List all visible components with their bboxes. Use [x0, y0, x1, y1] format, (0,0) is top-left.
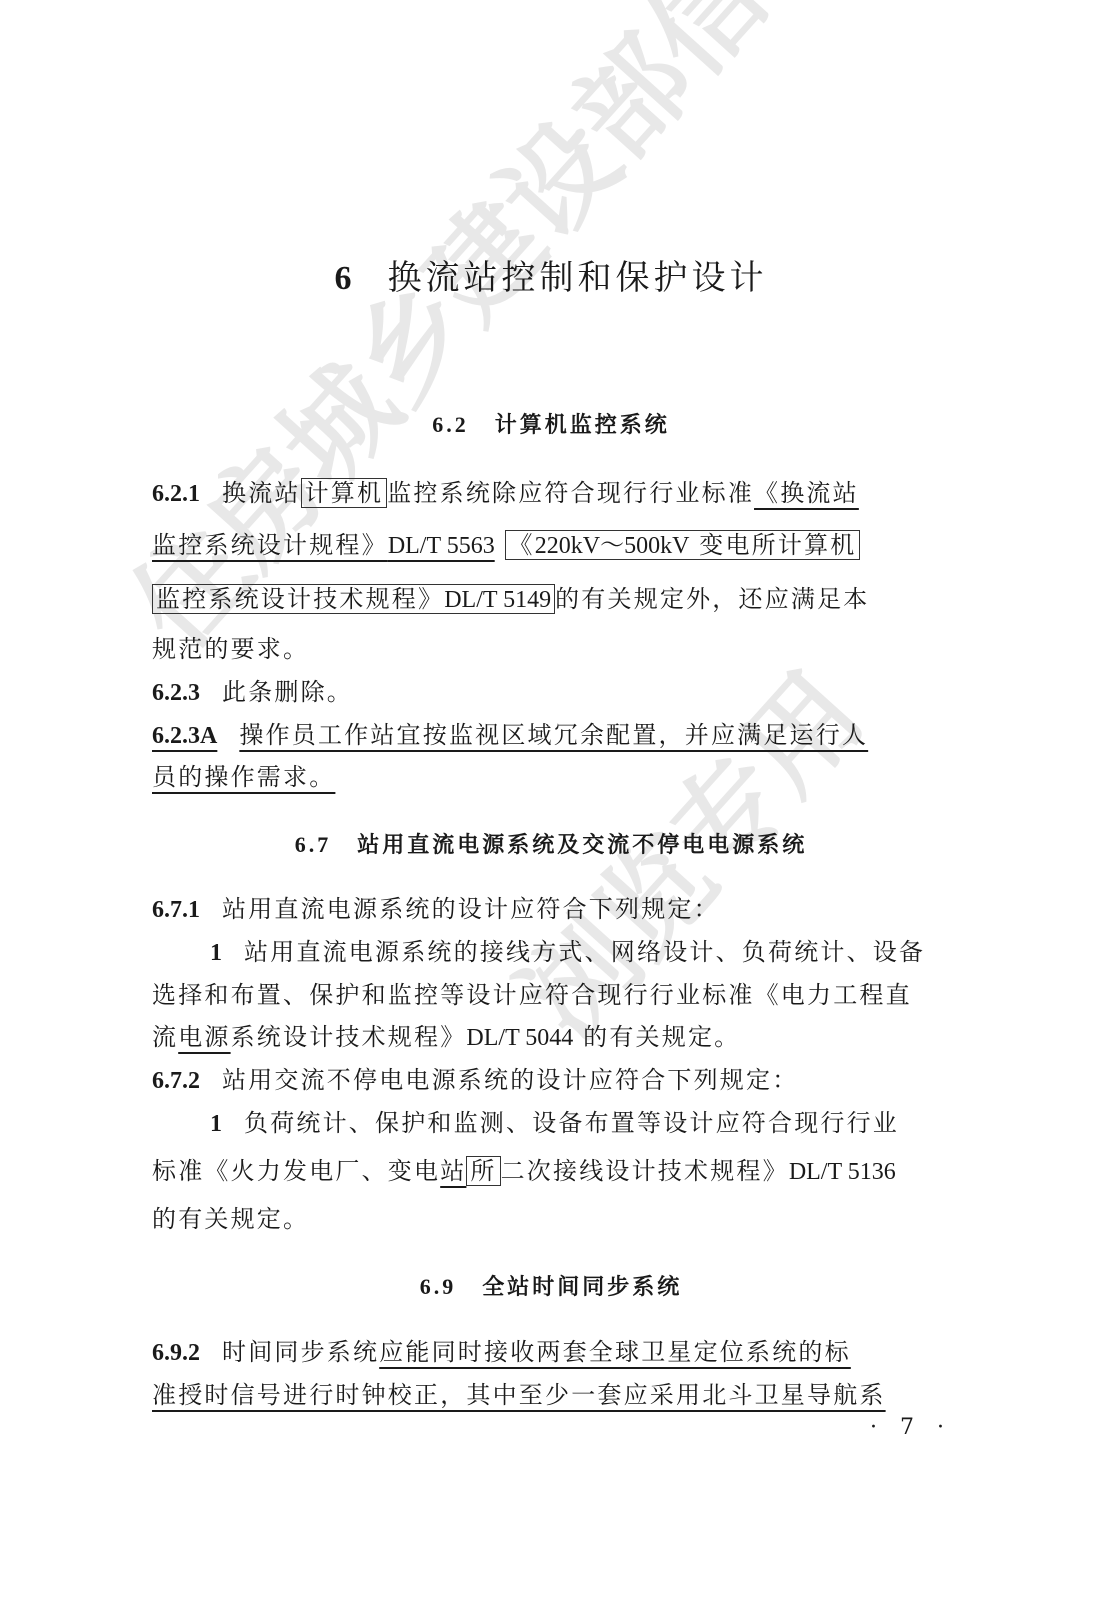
clause-6-9-2-line1: 6.9.2时间同步系统应能同时接收两套全球卫星定位系统的标 [152, 1337, 950, 1368]
clause-6-2-1-line1: 6.2.1换流站计算机监控系统除应符合现行行业标准《换流站 [152, 478, 950, 509]
underlined-text: 《换流站 [754, 479, 859, 507]
text: 站用直流电源系统的接线方式、网络设计、负荷统计、设备 [244, 938, 925, 966]
clause-6-7-2: 6.7.2站用交流不停电电源系统的设计应符合下列规定： [152, 1065, 950, 1096]
text: 负荷统计、保护和监测、设备布置等设计应符合现行行业 [244, 1109, 899, 1137]
text: 的有关规定。 [583, 1023, 740, 1051]
clause-number: 6.7.2 [152, 1068, 200, 1094]
text: 时间同步系统 [222, 1338, 379, 1366]
text: 二次接线设计技术规程》 [501, 1157, 789, 1185]
section-number: 6.9 [420, 1274, 457, 1299]
clause-6-2-3a-line2: 员的操作需求。 [152, 762, 950, 792]
section-heading-6-2: 6.2计算机监控系统 [0, 408, 1102, 439]
clause-6-7-1-item1-line2: 选择和布置、保护和监控等设计应符合现行行业标准《电力工程直 [152, 980, 950, 1010]
section-title: 站用直流电源系统及交流不停电电源系统 [357, 833, 807, 858]
boxed-text: 所 [466, 1156, 500, 1186]
text: 此条删除。 [222, 678, 353, 706]
page-number: · 7 · [870, 1415, 952, 1440]
underlined-text: 电源 [178, 1023, 230, 1051]
clause-6-7-2-item1-line2: 标准《火力发电厂、变电站所二次接线设计技术规程》DL/T 5136 [152, 1156, 950, 1187]
section-number: 6.2 [432, 412, 469, 437]
clause-6-2-3a-line1: 6.2.3A操作员工作站宜按监视区域冗余配置，并应满足运行人 [152, 720, 950, 751]
section-heading-6-7: 6.7站用直流电源系统及交流不停电电源系统 [0, 828, 1102, 859]
clause-number: 6.2.1 [152, 481, 200, 507]
text: 监控系统除应符合现行行业标准 [387, 479, 754, 507]
clause-6-2-1-line3: 监控系统设计技术规程》DL/T 5149的有关规定外，还应满足本 [152, 584, 950, 615]
document-page: 住房城乡建设部信息公开 浏览专用 6换流站控制和保护设计 6.2计算机监控系统 … [0, 0, 1102, 1598]
underlined-text: 应能同时接收两套全球卫星定位系统的标 [379, 1338, 851, 1366]
clause-6-7-1-item1-line3: 流电源系统设计技术规程》DL/T 5044 的有关规定。 [152, 1022, 950, 1053]
boxed-text: 220kV～500kV [535, 533, 690, 559]
clause-6-2-1-line4: 规范的要求。 [152, 634, 950, 664]
clause-6-7-1-item1-line1: 1站用直流电源系统的接线方式、网络设计、负荷统计、设备 [152, 937, 950, 968]
section-title: 全站时间同步系统 [482, 1275, 682, 1300]
underlined-text: DL/T 5563 [388, 533, 495, 559]
clause-6-7-1: 6.7.1站用直流电源系统的设计应符合下列规定： [152, 894, 950, 925]
text: 流 [152, 1023, 178, 1051]
section-number: 6.7 [295, 832, 332, 857]
clause-number: 6.2.3 [152, 680, 200, 706]
boxed-text: 监控系统设计技术规程》 [156, 585, 444, 613]
boxed-text: 《 [509, 531, 535, 559]
text: 标准《火力发电厂、变电 [152, 1157, 440, 1185]
clause-6-9-2-line2: 准授时信号进行时钟校正，其中至少一套应采用北斗卫星导航系 [152, 1380, 950, 1410]
text: 的有关规定外，还应满足本 [555, 585, 869, 613]
underlined-text: 准授时信号进行时钟校正，其中至少一套应采用北斗卫星导航系 [152, 1381, 886, 1409]
underlined-text: 监控系统设计规程》 [152, 531, 388, 559]
text: 换流站 [222, 479, 301, 507]
clause-6-7-2-item1-line3: 的有关规定。 [152, 1204, 950, 1234]
chapter-number: 6 [335, 260, 356, 297]
text: 站用交流不停电电源系统的设计应符合下列规定： [222, 1066, 798, 1094]
boxed-text: 变电所计算机 [699, 531, 856, 559]
clause-number: 6.2.3A [152, 723, 217, 749]
watermark-line1: 住房城乡建设部信息公开 [90, 0, 1017, 676]
underlined-text: 员的操作需求。 [152, 763, 335, 791]
chapter-heading: 6换流站控制和保护设计 [0, 250, 1102, 299]
underlined-text: 站 [440, 1157, 466, 1185]
text: 系统设计技术规程》 [231, 1023, 467, 1051]
section-heading-6-9: 6.9全站时间同步系统 [0, 1270, 1102, 1301]
text: 站用直流电源系统的设计应符合下列规定： [222, 895, 720, 923]
clause-number: 6.9.2 [152, 1340, 200, 1366]
chapter-title: 换流站控制和保护设计 [388, 258, 768, 298]
clause-6-2-3: 6.2.3此条删除。 [152, 677, 950, 708]
underlined-text: 操作员工作站宜按监视区域冗余配置，并应满足运行人 [239, 721, 868, 749]
item-number: 1 [210, 1111, 222, 1137]
item-number: 1 [210, 940, 222, 966]
clause-number: 6.7.1 [152, 897, 200, 923]
boxed-text: DL/T 5149 [444, 587, 551, 613]
clause-6-7-2-item1-line1: 1负荷统计、保护和监测、设备布置等设计应符合现行行业 [152, 1108, 950, 1139]
clause-6-2-1-line2: 监控系统设计规程》DL/T 5563 《220kV～500kV 变电所计算机 [152, 530, 950, 561]
boxed-text: 计算机 [301, 478, 388, 508]
text: DL/T 5044 [466, 1025, 573, 1051]
text: DL/T 5136 [789, 1159, 896, 1185]
section-title: 计算机监控系统 [495, 413, 670, 438]
